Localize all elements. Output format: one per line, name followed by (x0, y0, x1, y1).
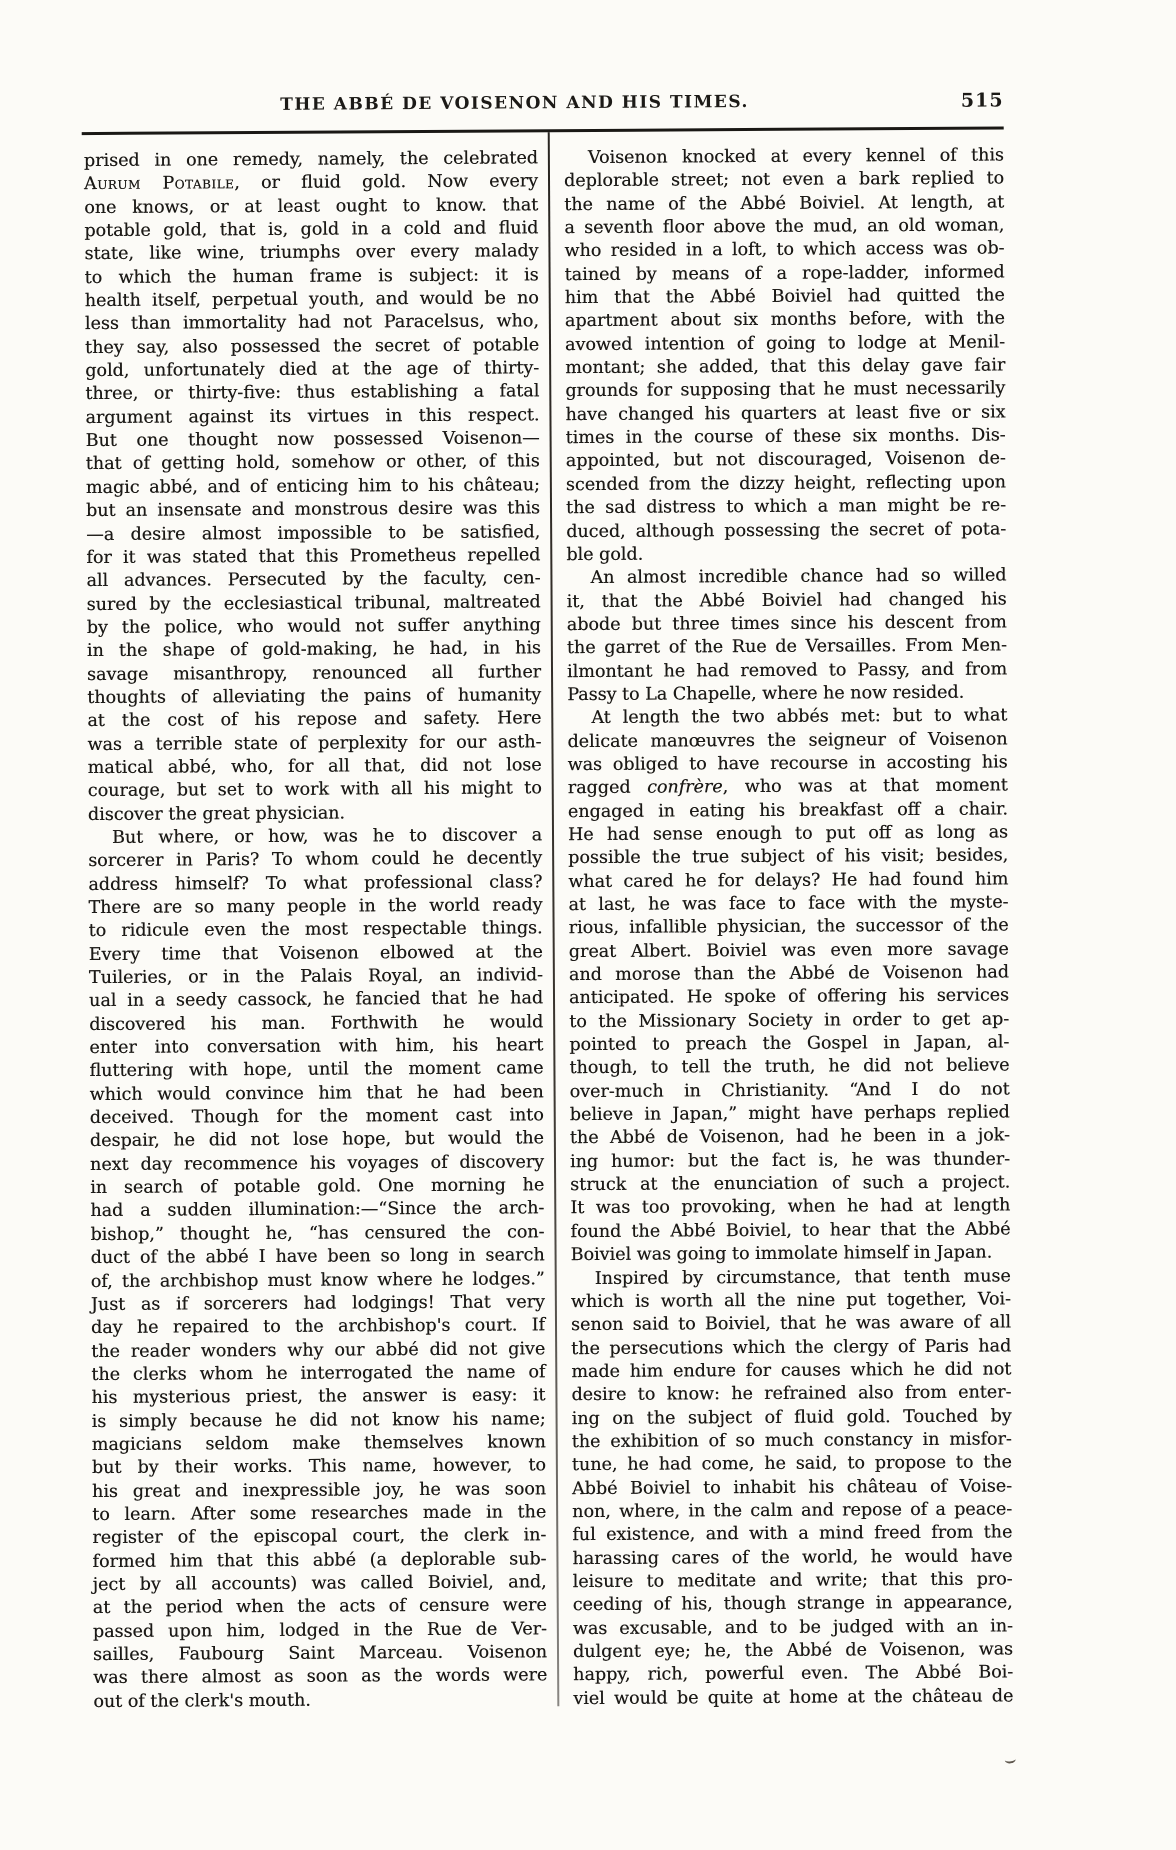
text-line: matical abbé, who, for all that, did not… (88, 754, 542, 780)
text-line: made him endure for causes which he did … (571, 1358, 1011, 1384)
text-line: though, to tell the truth, he did not be… (569, 1055, 1009, 1081)
text-line: despair, he did not lose hope, but would… (90, 1128, 544, 1154)
text-line: that of getting hold, somehow or other, … (86, 451, 540, 477)
text-line: But where, or how, was he to discover a (88, 824, 542, 850)
text-line: dulgent eye; he, the Abbé de Voisenon, w… (573, 1638, 1013, 1664)
text-line: He had sense enough to put off as long a… (568, 821, 1008, 847)
text-line: ble gold. (566, 541, 1006, 567)
text-line: possible the true subject of his visit; … (568, 845, 1008, 871)
text-line: to the Missionary Society in order to ge… (569, 1008, 1009, 1034)
text-line: great Albert. Boiviel was even more sava… (569, 938, 1009, 964)
column-divider (548, 132, 560, 1706)
text-line: pointed to preach the Gospel in Japan, a… (569, 1031, 1009, 1057)
text-line: delicate manœuvres the seigneur of Voise… (567, 728, 1007, 754)
text-line: ragged confrère, who was at that moment (568, 775, 1008, 801)
text-line: believe in Japan,” might have perhaps re… (570, 1102, 1010, 1128)
text-line: ful existence, and with a mind freed fro… (572, 1522, 1012, 1548)
text-line: health itself, perpetual youth, and woul… (85, 287, 539, 313)
text-line: courage, but set to work with all his mi… (88, 778, 542, 804)
text-line: the Abbé de Voisenon, had he been in a j… (570, 1125, 1010, 1151)
text-line: was a terrible state of perplexity for o… (87, 731, 541, 757)
text-line: register of the episcopal court, the cle… (92, 1525, 546, 1551)
text-line: deplorable street; not even a bark repli… (564, 168, 1004, 194)
text-line: formed him that this abbé (a deplorable … (92, 1548, 546, 1574)
text-line: sailles, Faubourg Saint Marceau. Voiseno… (93, 1641, 547, 1667)
text-line: the exhibition of so much constancy in m… (572, 1428, 1012, 1454)
text-line: to learn. After some researches made in … (92, 1501, 546, 1527)
text-line: ing humor: but the fact is, he was thund… (570, 1148, 1010, 1174)
text-line: tained by means of a rope-ladder, inform… (565, 261, 1005, 287)
text-line: happy, rich, powerful even. The Abbé Boi… (573, 1662, 1013, 1688)
text-line: anticipated. He spoke of offering his se… (569, 985, 1009, 1011)
text-line: tune, he had come, he said, to propose t… (572, 1452, 1012, 1478)
text-line: a seventh floor above the mud, an old wo… (564, 214, 1004, 240)
text-line: which is worth all the nine put together… (571, 1288, 1011, 1314)
text-line: less than immortality had not Paracelsus… (85, 311, 539, 337)
text-line: Aurum Potabile, or fluid gold. Now every (84, 171, 538, 197)
text-line: rious, infallible physician, the success… (569, 915, 1009, 941)
text-line: but an insensate and monstrous desire wa… (86, 497, 540, 523)
text-line: in search of potable gold. One morning h… (90, 1174, 544, 1200)
text-line: his mysterious priest, the answer is eas… (91, 1384, 545, 1410)
text-line: fluttering with hope, until the moment c… (89, 1058, 543, 1084)
text-line: magic abbé, and of enticing him to his c… (86, 474, 540, 500)
text-line: It was too provoking, when he had at len… (570, 1195, 1010, 1221)
text-line: leisure to meditate and write; that this… (573, 1568, 1013, 1594)
text-line: the persecutions which the clergy of Par… (571, 1335, 1011, 1361)
text-line: Boiviel was going to immolate himself in… (571, 1242, 1011, 1268)
text-line: Inspired by circumstance, that tenth mus… (571, 1265, 1011, 1291)
text-line: abode but three times since his descent … (567, 611, 1007, 637)
text-line: found the Abbé Boiviel, to hear that the… (570, 1218, 1010, 1244)
text-line: duced, although possessing the secret of… (566, 518, 1006, 544)
text-line: —a desire almost impossible to be satisf… (86, 521, 540, 547)
text-line: discovered his man. Forthwith he would (89, 1011, 543, 1037)
text-line: three, or thirty-five: thus establishing… (85, 381, 539, 407)
text-line: Abbé Boiviel to inhabit his château of V… (572, 1475, 1012, 1501)
text-line: times in the course of these six months.… (566, 425, 1006, 451)
text-line: Tuileries, or in the Palais Royal, an in… (89, 964, 543, 990)
text-line: address himself? To what professional cl… (88, 871, 542, 897)
text-line: sured by the ecclesiastical tribunal, ma… (87, 591, 541, 617)
text-line: to ridicule even the most respectable th… (89, 918, 543, 944)
text-line: ceeding of his, though strange in appear… (573, 1592, 1013, 1618)
text-line: avowed intention of going to lodge at Me… (565, 331, 1005, 357)
text-line: thoughts of alleviating the pains of hum… (87, 684, 541, 710)
text-line: scended from the dizzy height, reflectin… (566, 471, 1006, 497)
text-line: appointed, but not discouraged, Voisenon… (566, 448, 1006, 474)
text-line: But one thought now possessed Voisenon— (86, 427, 540, 453)
text-line: day he repaired to the archbishop's cour… (91, 1314, 545, 1340)
text-line: bishop,” thought he, “has censured the c… (90, 1221, 544, 1247)
book-page: THE ABBÉ DE VOISENON AND HIS TIMES. 515 … (0, 0, 1176, 1850)
text-line: gold, unfortunately died at the age of t… (85, 357, 539, 383)
text-line: who resided in a loft, to which access w… (564, 238, 1004, 264)
text-line: out of the clerk's mouth. (93, 1688, 547, 1714)
text-line: by the police, who would not suffer anyt… (87, 614, 541, 640)
text-line: deceived. Though for the moment cast int… (90, 1104, 544, 1130)
text-line: the sad distress to which a man might be… (566, 495, 1006, 521)
text-line: senon said to Boiviel, that he was aware… (571, 1312, 1011, 1338)
page-content: THE ABBÉ DE VOISENON AND HIS TIMES. 515 … (0, 0, 1176, 1850)
text-line: the garret of the Rue de Versailles. Fro… (567, 635, 1007, 661)
text-line: ing on the subject of fluid gold. Touche… (572, 1405, 1012, 1431)
text-line: was obliged to have recourse in accostin… (568, 751, 1008, 777)
header-rule (82, 126, 1004, 135)
right-column: Voisenon knocked at every kennel of this… (564, 144, 1014, 1711)
text-line: Just as if sorcerers had lodgings! That … (91, 1291, 545, 1317)
text-line: the reader wonders why our abbé did not … (91, 1338, 545, 1364)
text-line: desire to know: he refrained also from e… (571, 1382, 1011, 1408)
text-line: the name of the Abbé Boiviel. At length,… (564, 191, 1004, 217)
text-line: magicians seldom make themselves known (92, 1431, 546, 1457)
text-line: An almost incredible chance had so wille… (566, 565, 1006, 591)
text-line: discover the great physician. (88, 801, 542, 827)
text-line: engaged in eating his breakfast off a ch… (568, 798, 1008, 824)
text-line: one knows, or at least ought to know. th… (84, 194, 538, 220)
text-line: in the shape of gold-making, he had, in … (87, 638, 541, 664)
text-line: of, the archbishop must know where he lo… (91, 1268, 545, 1294)
text-line: montant; she added, that this delay gave… (565, 355, 1005, 381)
text-line: grounds for supposing that he must neces… (565, 378, 1005, 404)
text-line: over-much in Christianity. “And I do not (570, 1078, 1010, 1104)
text-line: next day recommence his voyages of disco… (90, 1151, 544, 1177)
text-line: state, like wine, triumphs over every ma… (84, 241, 538, 267)
text-line: was excusable, and to be judged with an … (573, 1615, 1013, 1641)
text-line: at the cost of his repose and safety. He… (87, 708, 541, 734)
scan-speck (1004, 1755, 1016, 1764)
text-line: they say, also possessed the secret of p… (85, 334, 539, 360)
text-line: ilmontant he had removed to Passy, and f… (567, 658, 1007, 684)
text-line: enter into conversation with him, his he… (89, 1034, 543, 1060)
text-line: savage misanthropy, renounced all furthe… (87, 661, 541, 687)
text-line: at last, he was face to face with the my… (568, 891, 1008, 917)
text-line: struck at the enunciation of such a proj… (570, 1172, 1010, 1198)
text-line: sorcerer in Paris? To whom could he dece… (88, 848, 542, 874)
text-line: for it was stated that this Prometheus r… (86, 544, 540, 570)
text-line: non, where, in the calm and repose of a … (572, 1498, 1012, 1524)
text-line: passed upon him, lodged in the Rue de Ve… (93, 1618, 547, 1644)
text-line: the clerks whom he interrogated the name… (91, 1361, 545, 1387)
text-line: argument against its virtues in this res… (85, 404, 539, 430)
text-line: At length the two abbés met: but to what (567, 705, 1007, 731)
text-line: apartment about six months before, with … (565, 308, 1005, 334)
text-line: him that the Abbé Boiviel had quitted th… (565, 285, 1005, 311)
text-line: ject by all accounts) was called Boiviel… (93, 1571, 547, 1597)
text-line: at the period when the acts of censure w… (93, 1595, 547, 1621)
text-line: ual in a seedy cassock, he fancied that … (89, 988, 543, 1014)
text-line: viel would be quite at home at the châte… (573, 1685, 1013, 1711)
text-line: but by their works. This name, however, … (92, 1455, 546, 1481)
text-line: what cared he for delays? He had found h… (568, 868, 1008, 894)
text-line: Every time that Voisenon elbowed at the (89, 941, 543, 967)
text-line: There are so many people in the world re… (88, 894, 542, 920)
text-line: potable gold, that is, gold in a cold an… (84, 217, 538, 243)
page-number: 515 (85, 89, 1003, 117)
text-line: duct of the abbé I have been so long in … (91, 1244, 545, 1270)
text-line: it, that the Abbé Boiviel had changed hi… (567, 588, 1007, 614)
text-line: all advances. Persecuted by the faculty,… (86, 567, 540, 593)
text-line: harassing cares of the world, he would h… (572, 1545, 1012, 1571)
text-line: have changed his quarters at least five … (565, 401, 1005, 427)
text-line: which would convince him that he had bee… (90, 1081, 544, 1107)
text-line: Voisenon knocked at every kennel of this (564, 144, 1004, 170)
text-line: had a sudden illumination:—“Since the ar… (90, 1198, 544, 1224)
text-line: was there almost as soon as the words we… (93, 1665, 547, 1691)
left-column: prised in one remedy, namely, the celebr… (84, 147, 548, 1714)
text-line: and morose than the Abbé de Voisenon had (569, 961, 1009, 987)
text-line: prised in one remedy, namely, the celebr… (84, 147, 538, 173)
text-line: his great and inexpressible joy, he was … (92, 1478, 546, 1504)
text-line: is simply because he did not know his na… (92, 1408, 546, 1434)
text-line: to which the human frame is subject: it … (85, 264, 539, 290)
text-line: Passy to La Chapelle, where he now resid… (567, 681, 1007, 707)
